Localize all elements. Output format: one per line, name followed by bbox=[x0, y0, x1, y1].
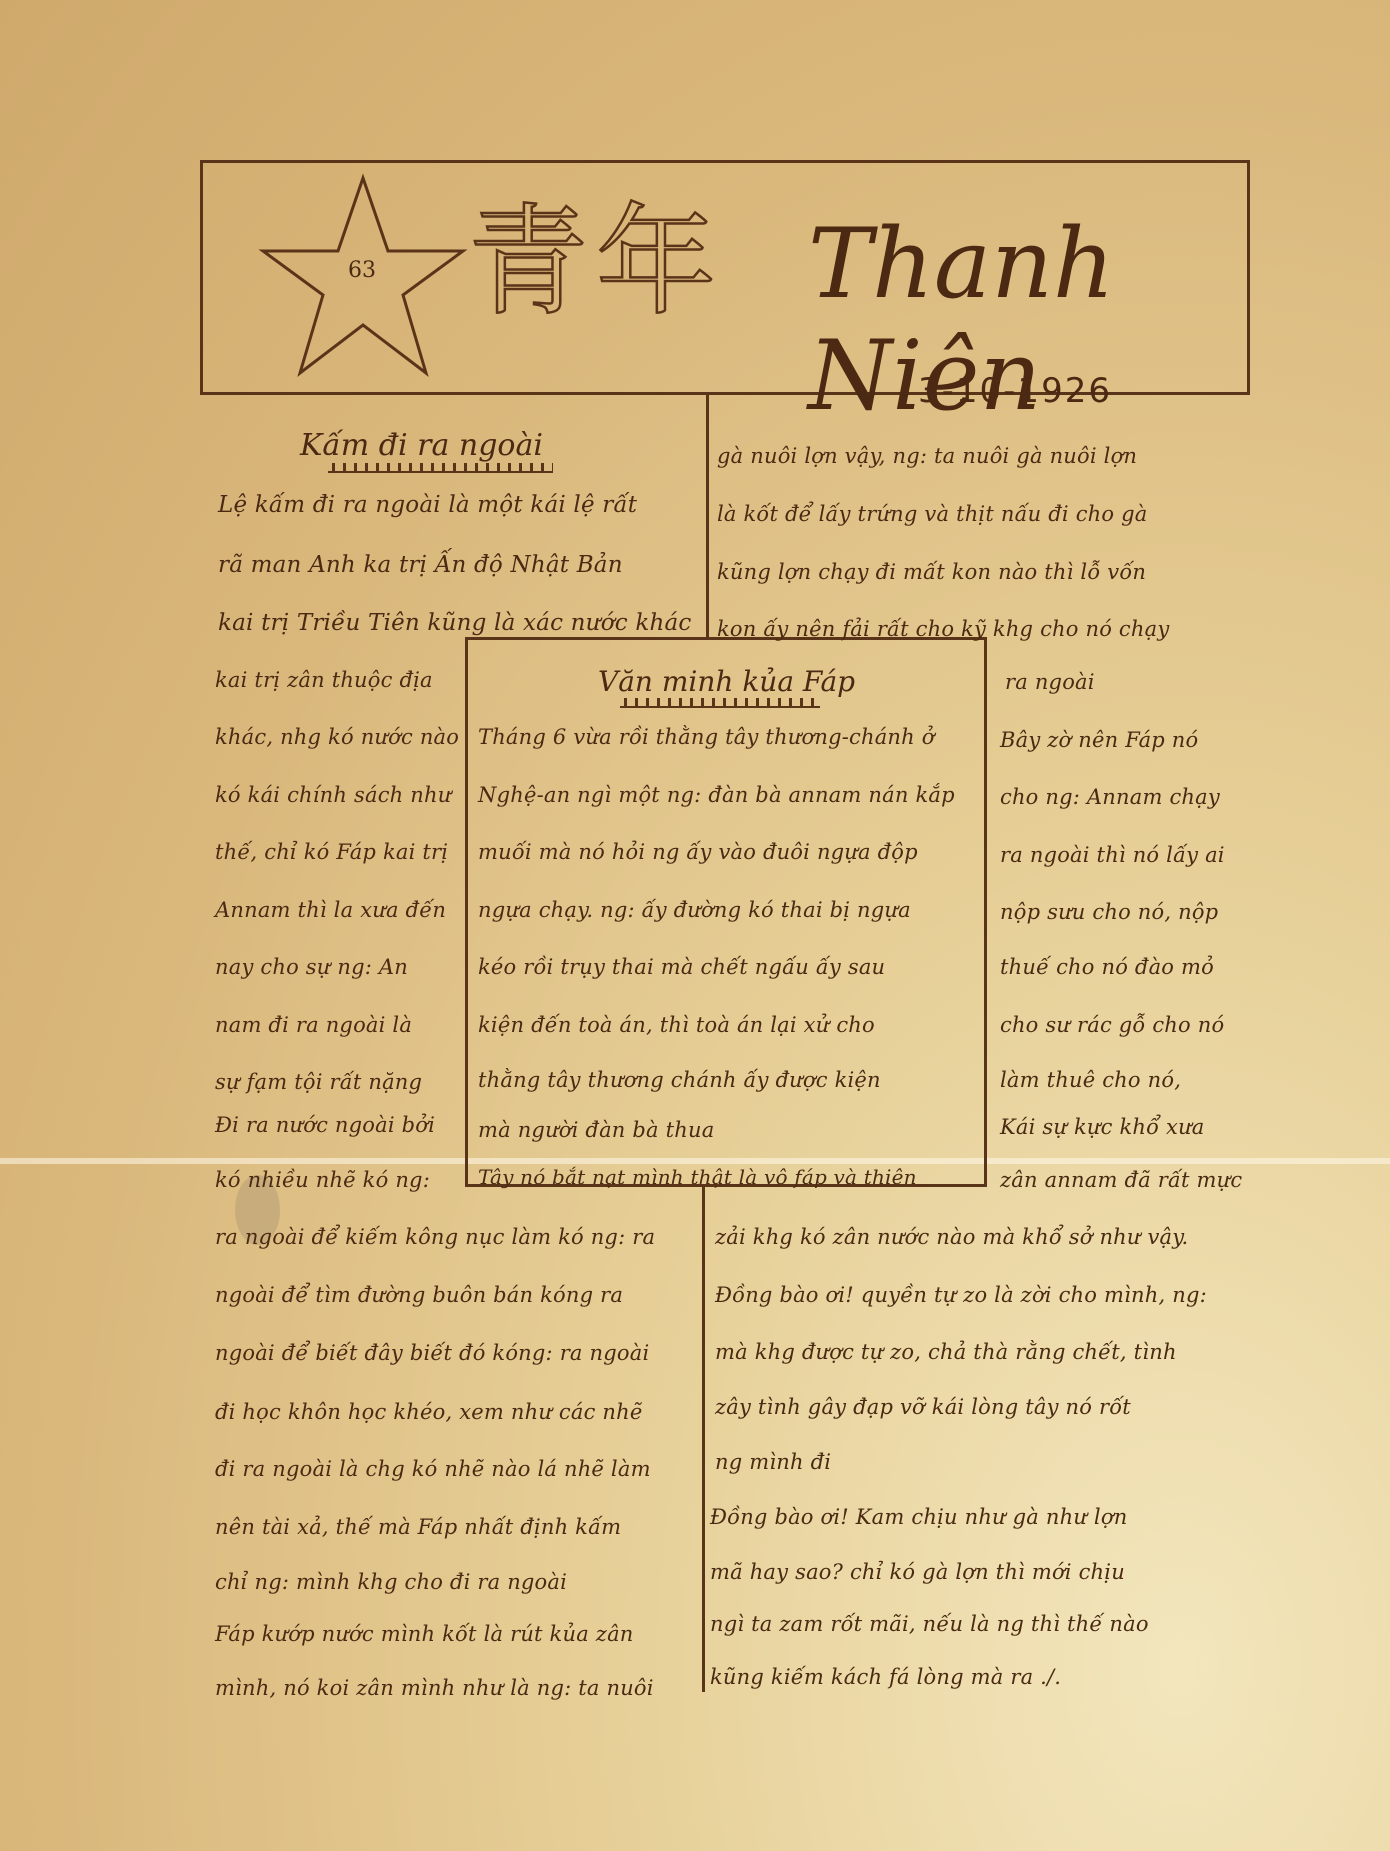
text-line: rã man Anh ka trị Ấn độ Nhật Bản bbox=[218, 552, 623, 578]
column-divider-top bbox=[706, 395, 709, 637]
masthead-title-chinese: 青年 bbox=[468, 203, 724, 323]
text-line: kó kái chính sách như bbox=[215, 783, 451, 807]
text-line: kiện đến toà án, thì toà án lại xử cho bbox=[478, 1013, 875, 1037]
text-line: kai trị Triều Tiên kũng là xác nước khác bbox=[218, 610, 691, 636]
text-line: Kái sự kực khổ xưa bbox=[1000, 1115, 1205, 1139]
text-line: là kốt để lấy trứng và thịt nấu đi cho g… bbox=[717, 502, 1147, 526]
text-line: mà khg được tự zo, chả thà rằng chết, tì… bbox=[715, 1340, 1177, 1364]
text-line: đi ra ngoài là chg kó nhẽ nào lá nhẽ làm bbox=[215, 1457, 651, 1481]
text-line: ra ngoài để kiếm kông nục làm kó ng: ra bbox=[215, 1225, 655, 1249]
text-line: kon ấy nên fải rất cho kỹ khg cho nó chạ… bbox=[717, 617, 1169, 641]
text-line: muối mà nó hỏi ng ấy vào đuôi ngựa độp bbox=[478, 840, 918, 864]
text-line: kai trị zân thuộc địa bbox=[215, 668, 433, 692]
text-line: zải khg kó zân nước nào mà khổ sở như vậ… bbox=[715, 1225, 1188, 1249]
issue-date: 3-10-1926 bbox=[918, 371, 1112, 411]
text-line: khác, nhg kó nước nào bbox=[215, 725, 459, 749]
text-line: Nghệ-an ngì một ng: đàn bà annam nán kắp bbox=[478, 783, 955, 807]
text-line: thằng tây thương chánh ấy được kiện bbox=[478, 1068, 881, 1092]
text-line: thế, chỉ kó Fáp kai trị bbox=[215, 840, 448, 864]
text-line: đi học khôn học khéo, xem như các nhẽ bbox=[215, 1400, 643, 1424]
masthead: 63 青年 Thanh Niên 3-10-1926 bbox=[200, 160, 1250, 395]
text-line: zây tình gây đạp vỡ kái lòng tây nó rốt bbox=[715, 1395, 1131, 1419]
text-line: ngoài để tìm đường buôn bán kóng ra bbox=[215, 1283, 623, 1307]
text-line: sự fạm tội rất nặng bbox=[215, 1070, 422, 1094]
text-line: kũng lợn chạy đi mất kon nào thì lỗ vốn bbox=[717, 560, 1146, 584]
text-line: cho sư rác gỗ cho nó bbox=[1000, 1013, 1224, 1037]
text-line: Đi ra nước ngoài bởi bbox=[215, 1113, 435, 1137]
text-line: Tháng 6 vừa rồi thằng tây thương-chánh ở bbox=[478, 725, 935, 749]
text-line: Tây nó bắt nạt mình thật là vô fáp và th… bbox=[478, 1165, 917, 1189]
text-line: Bây zờ nên Fáp nó bbox=[1000, 728, 1198, 752]
text-line: nay cho sự ng: An bbox=[215, 955, 408, 979]
text-line: ra ngoài bbox=[1005, 670, 1095, 694]
text-line: zân annam đã rất mực bbox=[1000, 1168, 1242, 1192]
text-line: nộp sưu cho nó, nộp bbox=[1000, 900, 1218, 924]
text-line: làm thuê cho nó, bbox=[1000, 1068, 1181, 1092]
text-line: ngựa chạy. ng: ấy đường kó thai bị ngựa bbox=[478, 898, 911, 922]
text-line: gà nuôi lợn vậy, ng: ta nuôi gà nuôi lợn bbox=[717, 444, 1137, 468]
text-line: ngì ta zam rốt mãi, nếu là ng thì thế nà… bbox=[710, 1612, 1149, 1636]
text-line: Đồng bào ơi! quyền tự zo là zời cho mình… bbox=[715, 1283, 1207, 1307]
text-line: kũng kiếm kách fá lòng mà ra ./. bbox=[710, 1665, 1061, 1689]
heading-underline bbox=[328, 463, 553, 473]
text-line: mà người đàn bà thua bbox=[478, 1118, 714, 1142]
text-line: Annam thì la xưa đến bbox=[215, 898, 446, 922]
text-line: Lệ kấm đi ra ngoài là một kái lệ rất bbox=[218, 492, 637, 518]
text-line: chỉ ng: mình khg cho đi ra ngoài bbox=[215, 1570, 567, 1594]
heading-underline bbox=[620, 698, 820, 708]
article-left-heading: Kấm đi ra ngoài bbox=[300, 428, 543, 463]
text-line: ng mình đi bbox=[715, 1450, 831, 1474]
text-line: cho ng: Annam chạy bbox=[1000, 785, 1220, 809]
text-line: mã hay sao? chỉ kó gà lợn thì mới chịu bbox=[710, 1560, 1125, 1584]
text-line: Đồng bào ơi! Kam chịu như gà như lợn bbox=[710, 1505, 1127, 1529]
text-line: kó nhiều nhẽ kó ng: bbox=[215, 1168, 430, 1192]
text-line: ra ngoài thì nó lấy ai bbox=[1000, 843, 1225, 867]
text-line: mình, nó koi zân mình như là ng: ta nuôi bbox=[215, 1676, 654, 1700]
text-line: Fáp kướp nước mình kốt là rút kủa zân bbox=[215, 1622, 634, 1646]
text-line: ngoài để biết đây biết đó kóng: ra ngoài bbox=[215, 1341, 649, 1365]
text-line: thuế cho nó đào mỏ bbox=[1000, 955, 1214, 979]
text-line: nam đi ra ngoài là bbox=[215, 1013, 412, 1037]
star-number: 63 bbox=[348, 258, 376, 283]
column-divider-bottom bbox=[702, 1187, 705, 1692]
article-center-heading: Văn minh kủa Fáp bbox=[598, 665, 855, 698]
text-line: nên tài xả, thế mà Fáp nhất định kấm bbox=[215, 1515, 621, 1539]
text-line: kéo rồi trụy thai mà chết ngấu ấy sau bbox=[478, 955, 885, 979]
